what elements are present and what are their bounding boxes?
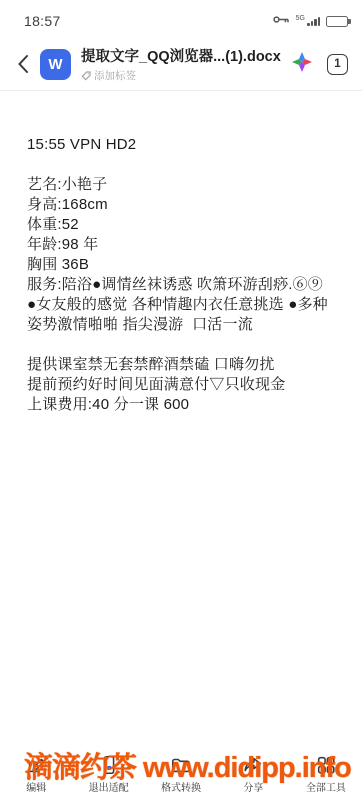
title-block: 提取文字_QQ浏览器...(1).docx 添加标签 (81, 45, 283, 83)
tool-label: 分享 (243, 779, 263, 794)
tool-label: 编辑 (26, 779, 46, 794)
doc-text-line: 上课费用:40 分一课 600 (27, 395, 344, 415)
doc-text-line (27, 335, 344, 355)
add-tag-button[interactable]: 添加标签 (81, 68, 283, 83)
format-convert-button[interactable]: 格式转换 (145, 752, 217, 794)
all-tools-icon (315, 754, 337, 776)
exit-fit-button[interactable]: 退出适配 (72, 752, 144, 794)
doc-text-line: ●女友般的感觉 各种情趣内衣任意挑选 ●多种 (27, 295, 344, 315)
doc-text-line: 年龄:98 年 (27, 235, 344, 255)
doc-text-line (27, 155, 344, 175)
battery-icon (326, 16, 348, 27)
doc-text-line: 胸围 36B (27, 255, 344, 275)
edit-icon (25, 754, 47, 776)
share-button[interactable]: 分享 (217, 752, 289, 794)
signal-icon: 5G (296, 17, 320, 26)
doc-text-line: 姿势激情啪啪 指尖漫游 口活一流 (27, 315, 344, 335)
tag-icon (81, 71, 91, 81)
network-type-label: 5G (296, 15, 305, 22)
status-bar: 18:57 5G (0, 0, 362, 38)
edit-button[interactable]: 编辑 (0, 752, 72, 794)
tool-label: 全部工具 (306, 779, 346, 794)
doc-text-line: 体重:52 (27, 215, 344, 235)
add-tag-label: 添加标签 (94, 68, 136, 83)
word-doc-icon: W (40, 49, 71, 80)
tool-label: 格式转换 (161, 779, 201, 794)
exit-fit-icon (98, 754, 120, 776)
share-icon (242, 754, 264, 776)
doc-text-line: 服务:陪浴●调情丝袜诱惑 吹箫环游刮痧.⑥⑨ (27, 275, 344, 295)
document-header: W 提取文字_QQ浏览器...(1).docx 添加标签 1 (0, 38, 362, 91)
bottom-toolbar: 编辑 退出适配 格式转换 分享 (0, 746, 362, 800)
doc-text-line: 身高:168cm (27, 195, 344, 215)
doc-text-line: 艺名:小艳子 (27, 175, 344, 195)
back-button[interactable] (10, 49, 36, 79)
document-title: 提取文字_QQ浏览器...(1).docx (81, 45, 283, 66)
all-tools-button[interactable]: 全部工具 (290, 752, 362, 794)
document-page: 15:55 VPN HD2 艺名:小艳子 身高:168cm 体重:52 年龄:9… (0, 91, 362, 415)
doc-text-line: 15:55 VPN HD2 (27, 135, 344, 155)
status-icons: 5G (273, 12, 348, 30)
vpn-key-icon (273, 12, 290, 30)
tab-counter-button[interactable]: 1 (327, 54, 348, 75)
header-actions: 1 (291, 51, 348, 78)
doc-text-line: 提供课室禁无套禁醉酒禁磕 口嗨勿扰 (27, 355, 344, 375)
format-convert-icon (169, 754, 193, 776)
tool-label: 退出适配 (89, 779, 129, 794)
ai-sparkle-icon[interactable] (291, 51, 313, 78)
doc-text-line: 提前预约好时间见面满意付▽只收现金 (27, 375, 344, 395)
clock: 18:57 (24, 13, 61, 29)
